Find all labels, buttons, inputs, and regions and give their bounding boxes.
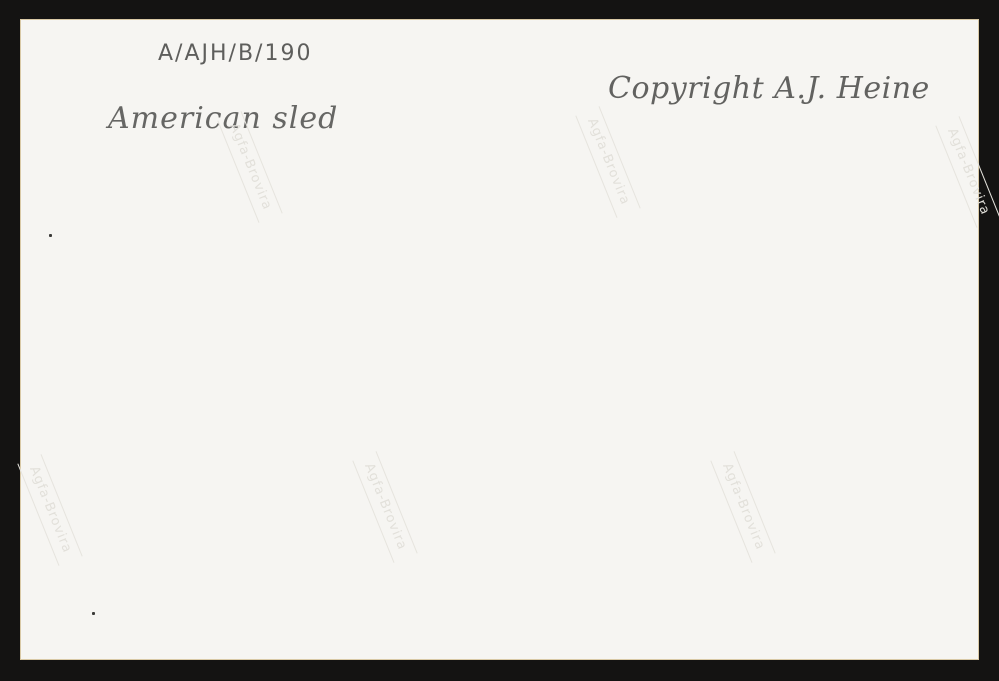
paper-speck [49, 234, 52, 237]
paper-speck [92, 612, 95, 615]
watermark: Agfa-Brovira [352, 451, 417, 563]
watermark: Agfa-Brovira [17, 454, 82, 566]
copyright-note: Copyright A.J. Heine [608, 71, 930, 106]
watermark: Agfa-Brovira [575, 106, 640, 218]
photo-back-card: A/AJH/B/190 American sled Copyright A.J.… [20, 19, 979, 660]
watermark: Agfa-Brovira [710, 451, 775, 563]
catalog-number: A/AJH/B/190 [158, 41, 312, 66]
watermark: Agfa-Brovira [935, 116, 999, 228]
